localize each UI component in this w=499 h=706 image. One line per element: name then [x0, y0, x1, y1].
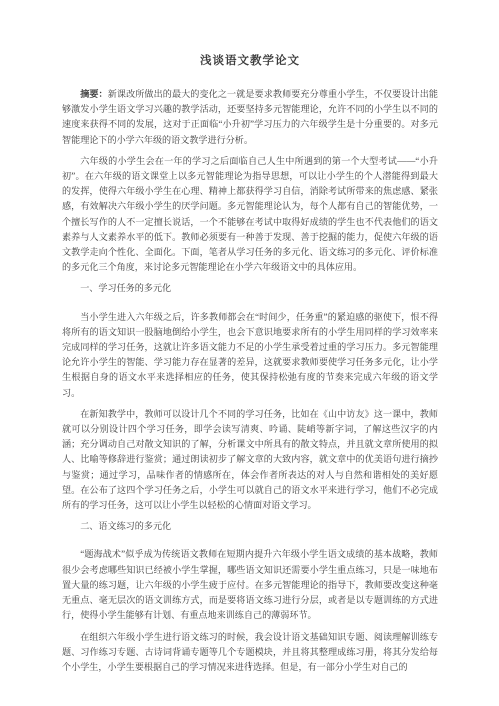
section-heading-1: 一、学习任务的多元化 — [62, 281, 438, 296]
abstract-label: 摘要： — [80, 89, 108, 99]
section-1-paragraph-1: 当小学生进入六年级之后，许多教师都会在“时间少，任务重”的紧迫感的驱使下，恨不得… — [62, 310, 438, 401]
document-page: 浅谈语文教学论文 摘要：新课改所做出的最大的变化之一就是要求教师要充分尊重小学生… — [0, 0, 499, 706]
intro-paragraph: 六年级的小学生会在一年的学习之后面临自己人生中所遇到的第一个大型考试——“小升初… — [62, 154, 438, 276]
page-number: 1 — [0, 660, 499, 670]
section-1-paragraph-2: 在新知教学中，教师可以设计几个不同的学习任务，比如在《山中访友》这一课中，教师就… — [62, 407, 438, 513]
section-2-paragraph-1: “题海战术”似乎成为传统语文教师在短期内提升六年级小学生语文成绩的基本战略，教师… — [62, 547, 438, 623]
page-title: 浅谈语文教学论文 — [62, 54, 438, 68]
abstract-text: 新课改所做出的最大的变化之一就是要求教师要充分尊重小学生，不仅要设计出能够激发小… — [62, 89, 438, 145]
section-heading-2: 二、语文练习的多元化 — [62, 519, 438, 534]
document-content: 浅谈语文教学论文 摘要：新课改所做出的最大的变化之一就是要求教师要充分尊重小学生… — [62, 54, 438, 681]
abstract-paragraph: 摘要：新课改所做出的最大的变化之一就是要求教师要充分尊重小学生，不仅要设计出能够… — [62, 87, 438, 148]
